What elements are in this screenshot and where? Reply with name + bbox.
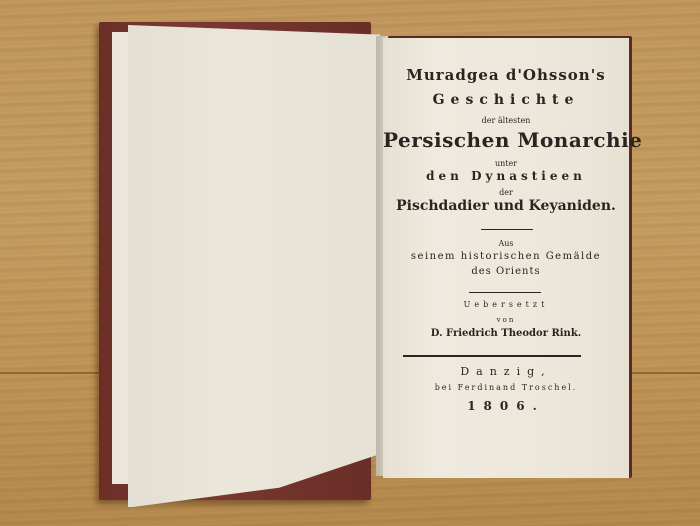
year-line: 1806.: [383, 399, 629, 413]
divider-rule: [481, 229, 533, 230]
aus-line: Aus: [383, 239, 629, 248]
geschichte-line: Geschichte: [383, 92, 629, 108]
der-aeltesten-line: der ältesten: [383, 116, 629, 125]
uebersetzt-line: Uebersetzt: [383, 300, 629, 309]
blank-flyleaf: [128, 25, 380, 507]
publisher-line: bei Ferdinand Troschel.: [383, 383, 629, 392]
divider-rule: [403, 355, 581, 357]
translator-line: D. Friedrich Theodor Rink.: [383, 328, 629, 339]
orients-line: des Orients: [383, 266, 629, 277]
author-line: Muradgea d'Ohsson's: [383, 66, 629, 84]
der-line: der: [383, 188, 629, 197]
dynastieen-line: den Dynastieen: [383, 169, 629, 183]
main-title: Persischen Monarchie: [383, 128, 629, 152]
von-line: von: [383, 316, 629, 324]
title-page: Muradgea d'Ohsson's Geschichte der ältes…: [383, 38, 629, 478]
dynasties-line: Pischdadier und Keyaniden.: [383, 198, 629, 214]
divider-rule: [469, 292, 541, 293]
source-line: seinem historischen Gemälde: [383, 251, 629, 262]
unter-line: unter: [383, 159, 629, 168]
place-line: Danzig,: [383, 365, 629, 378]
